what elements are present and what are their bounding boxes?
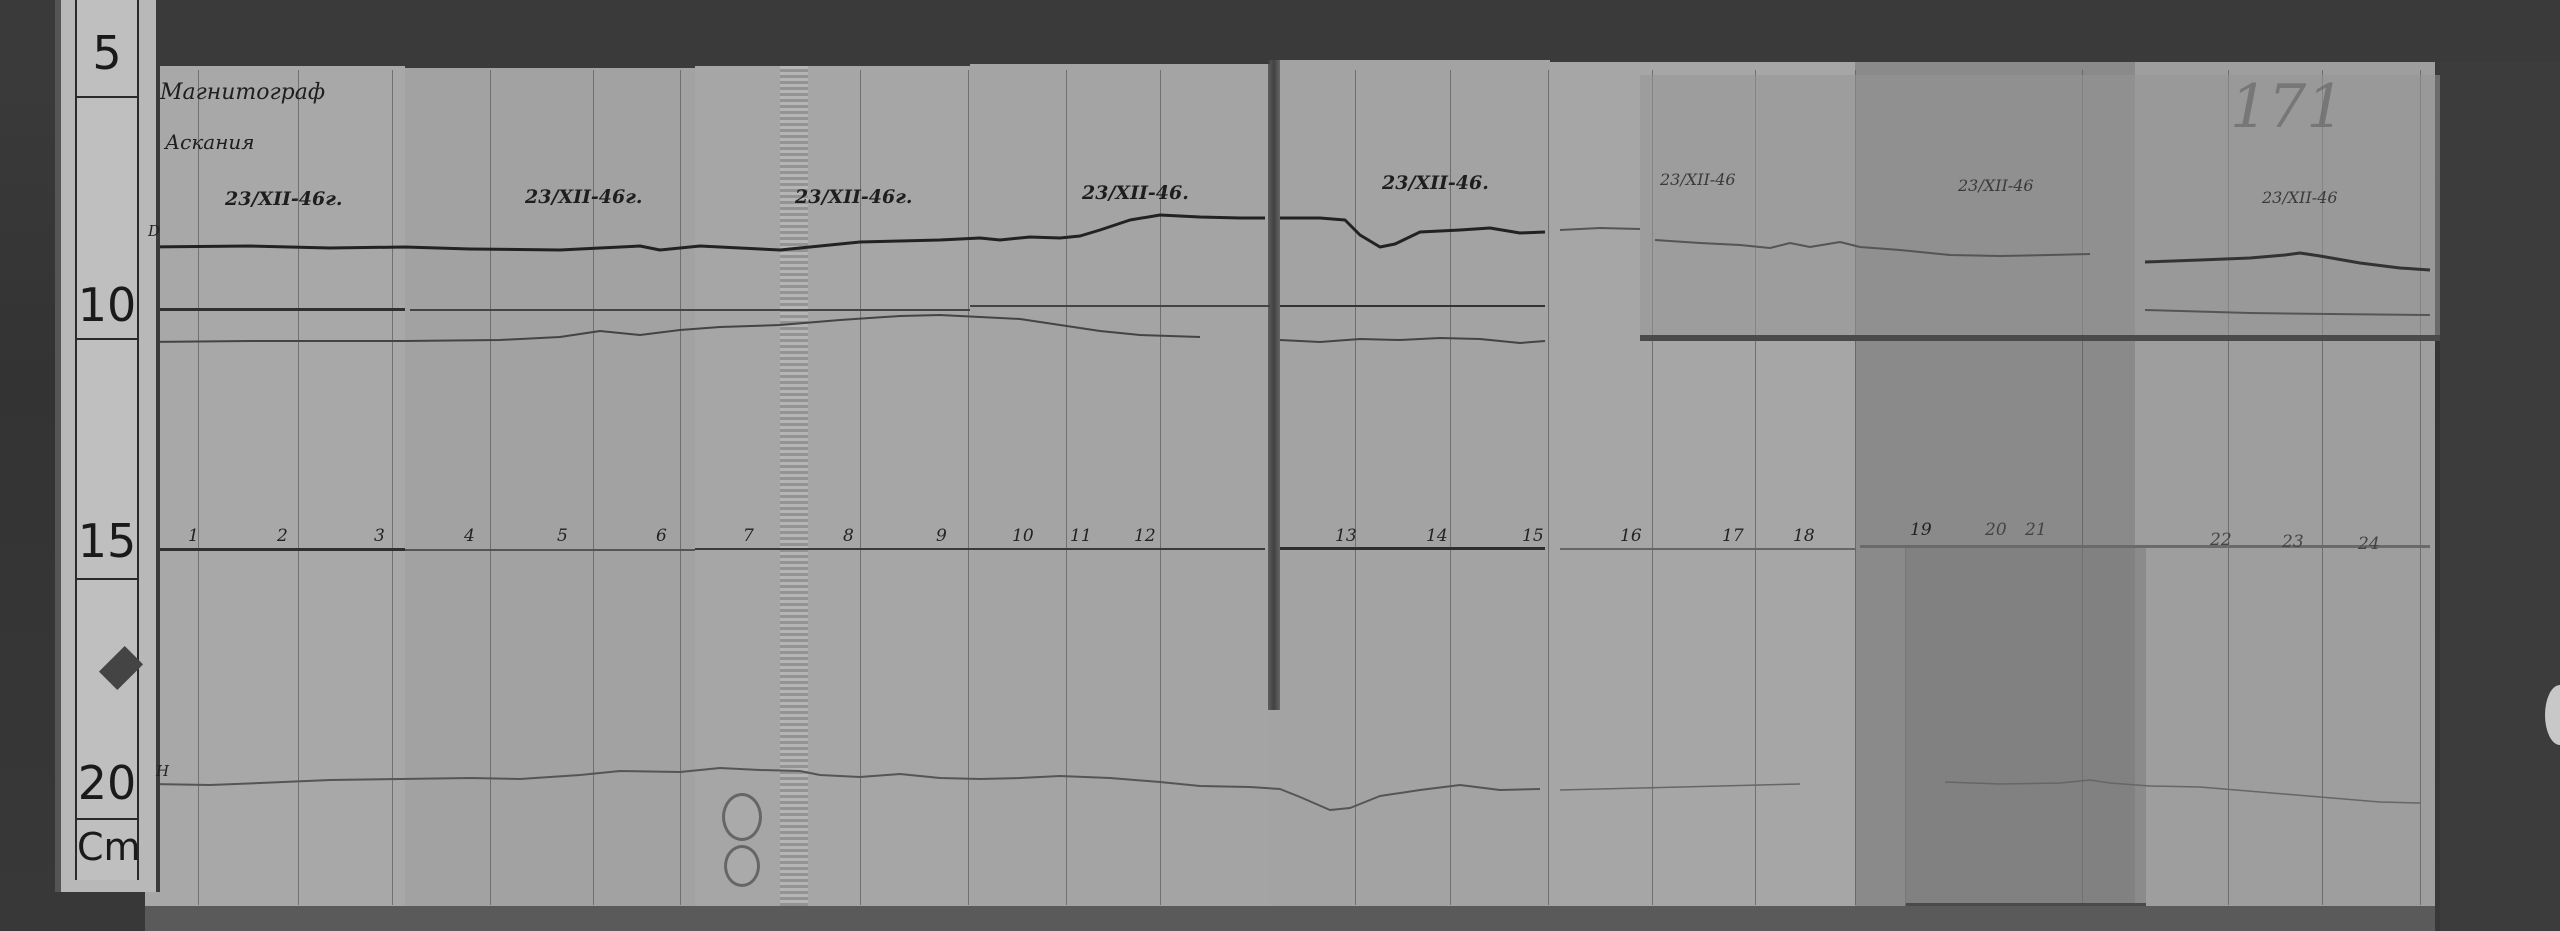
ruler-tick: [77, 818, 137, 820]
hour-mark: 1: [188, 526, 199, 546]
declination-trace-label: D: [148, 222, 160, 240]
ruler-mark-20: 20: [77, 760, 137, 806]
ruler-mark-10: 10: [77, 282, 137, 328]
hour-mark: 5: [557, 526, 568, 546]
ruler-mark-15: 15: [77, 518, 137, 564]
ruler-tick: [77, 578, 137, 580]
grid-line: [490, 70, 491, 905]
date-label: 23/XII-46.: [1382, 172, 1489, 194]
horizontal-trace-label: H: [156, 762, 169, 780]
grid-line: [680, 70, 681, 905]
hour-mark: 21: [2025, 520, 2047, 540]
hour-mark: 2: [277, 526, 288, 546]
hour-baseline: [405, 549, 695, 551]
scale-ruler: 5 10 15 20 Cm: [55, 0, 160, 892]
instrument-subtitle: Аскания: [165, 130, 255, 154]
grid-line: [1450, 70, 1451, 905]
right-background: [2440, 62, 2560, 931]
grid-line: [392, 70, 393, 905]
bottom-edge-strip: [145, 906, 2435, 931]
grid-line: [1548, 70, 1549, 905]
grid-line: [1066, 70, 1067, 905]
hour-mark: 23: [2282, 532, 2304, 552]
hour-baseline: [1280, 547, 1545, 550]
instrument-title: Магнитограф: [160, 80, 325, 105]
hour-mark: 8: [843, 526, 854, 546]
hour-mark: 20: [1985, 520, 2007, 540]
date-label: 23/XII-46.: [1082, 182, 1189, 204]
hour-mark: 24: [2358, 534, 2380, 554]
d-baseline: [970, 305, 1270, 307]
hour-mark: 15: [1522, 526, 1544, 546]
hour-mark: 18: [1793, 526, 1815, 546]
hour-mark: 4: [464, 526, 475, 546]
hour-baseline: [695, 548, 1265, 550]
sheet-seam-shadow: [1268, 60, 1280, 710]
date-label: 23/XII-46г.: [225, 188, 343, 210]
hour-mark: 19: [1910, 520, 1932, 540]
top-background-band: [0, 0, 2560, 66]
d-baseline: [1280, 305, 1545, 307]
scale-circle-lower: [724, 845, 760, 887]
hour-mark: 16: [1620, 526, 1642, 546]
ruler-unit: Cm: [77, 825, 137, 869]
hour-mark: 11: [1070, 526, 1092, 546]
hour-mark: 13: [1335, 526, 1357, 546]
grid-line: [198, 70, 199, 905]
d-baseline: [145, 308, 405, 311]
hour-mark: 9: [936, 526, 947, 546]
hour-mark: 6: [656, 526, 667, 546]
hour-mark: 7: [743, 526, 754, 546]
ruler-tick: [77, 338, 137, 340]
hour-baseline: [1560, 548, 1855, 550]
hour-mark: 22: [2210, 530, 2232, 550]
hour-mark: 12: [1134, 526, 1156, 546]
ruler-mark-5: 5: [77, 30, 137, 76]
hour-baseline: [145, 548, 405, 551]
ruler-face: 5 10 15 20 Cm: [75, 0, 139, 880]
date-label: 23/XII-46г.: [795, 186, 913, 208]
date-label: 23/XII-46: [2262, 188, 2338, 207]
date-label: 23/XII-46: [1660, 170, 1736, 189]
grid-line: [1355, 70, 1356, 905]
overlapping-sheet-lower: [1905, 548, 2146, 908]
date-label: 23/XII-46г.: [525, 186, 643, 208]
scale-circle-upper: [722, 793, 762, 841]
diamond-icon: [99, 646, 143, 690]
d-baseline: [410, 309, 970, 311]
hour-mark: 10: [1012, 526, 1034, 546]
hour-mark: 14: [1426, 526, 1448, 546]
sheet-number: 171: [2230, 72, 2345, 142]
grid-line: [968, 70, 969, 905]
date-label: 23/XII-46: [1958, 176, 2034, 195]
ruler-tick: [77, 96, 137, 98]
hour-mark: 3: [374, 526, 385, 546]
hour-mark: 17: [1722, 526, 1744, 546]
